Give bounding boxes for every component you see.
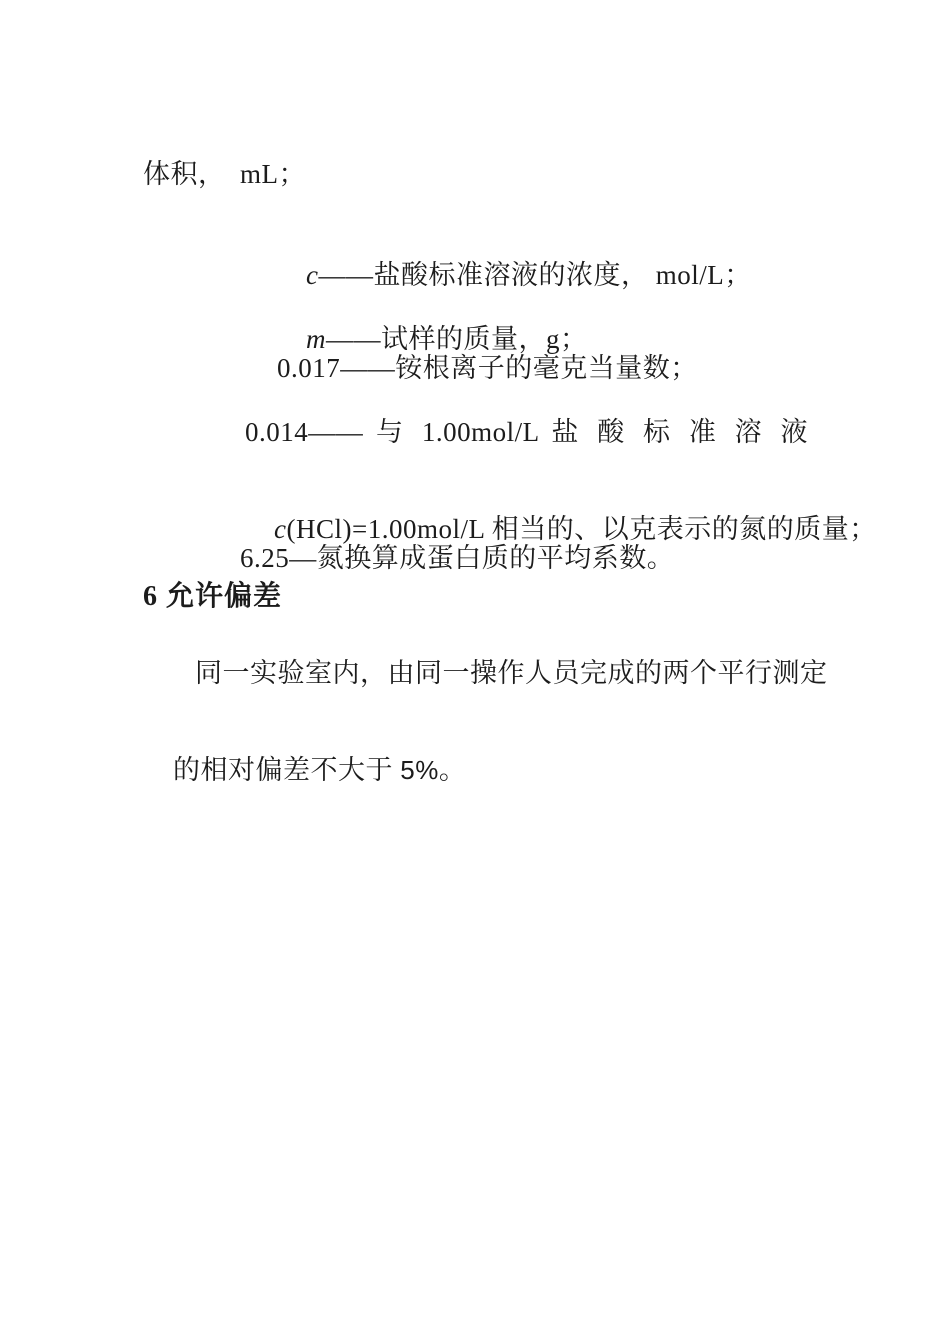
deviation-percentage-value: 5% (400, 755, 439, 785)
definition-text-0014: (HCl)=1.00mol/L 相当的、以克表示的氮的质量； (286, 514, 876, 544)
symbol-c-hcl: c (274, 514, 286, 544)
section-heading-allowed-deviation: 6 允许偏差 (143, 580, 282, 614)
definition-text-c: ——盐酸标准溶液的浓度， mol/L； (318, 260, 751, 290)
document-page: 体积， mL； c——盐酸标准溶液的浓度， mol/L； m——试样的质量，g；… (0, 0, 950, 1344)
volume-unit-line: 体积， mL； (143, 157, 306, 191)
paragraph-line-2-prefix: 的相对偏差不大于 (173, 755, 400, 785)
symbol-m: m (306, 324, 326, 354)
paragraph-line-1: 同一实验室内，由同一操作人员完成的两个平行测定 (195, 656, 828, 690)
symbol-c: c (306, 260, 318, 290)
definition-text-m: ——试样的质量，g； (326, 324, 588, 354)
definition-line-625: 6.25—氮换算成蛋白质的平均系数。 (240, 541, 674, 575)
paragraph-line-2: 的相对偏差不大于 5%。 (144, 719, 466, 821)
definition-line-0014-first: 0.014—— 与 1.00mol/L 盐 酸 标 准 溶 液 (245, 415, 808, 449)
paragraph-line-2-suffix: 。 (439, 755, 467, 785)
definition-line-0017: 0.017——铵根离子的毫克当量数； (277, 351, 698, 385)
